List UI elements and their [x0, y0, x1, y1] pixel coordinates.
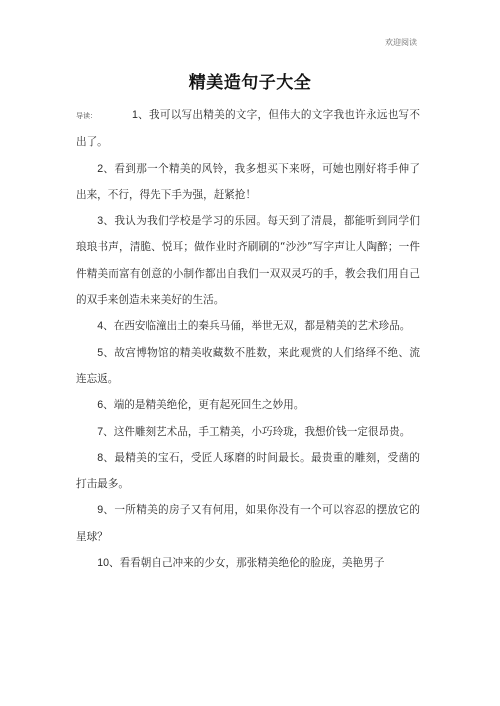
sentence-7: 7、这件雕刻艺术品，手工精美，小巧玲珑，我想价钱一定很昂贵。 — [76, 419, 420, 445]
sentence-1: 导读：1、我可以写出精美的文字，但伟大的文字我也许永远也写不出了。 — [76, 102, 420, 156]
sentence-5: 5、故宫博物馆的精美收藏数不胜数，来此观赏的人们络绎不绝、流连忘返。 — [76, 340, 420, 393]
sentence-6: 6、端的是精美绝伦，更有起死回生之妙用。 — [76, 392, 420, 418]
sentence-3: 3、我认为我们学校是学习的乐园。每天到了清晨，都能听到同学们琅琅书声，清脆、悦耳… — [76, 208, 420, 313]
page-title: 精美造句子大全 — [0, 68, 500, 93]
header-note: 欢迎阅读 — [385, 37, 417, 48]
document-body: 导读：1、我可以写出精美的文字，但伟大的文字我也许永远也写不出了。 2、看到那一… — [76, 102, 420, 576]
sentence-4: 4、在西安临潼出土的秦兵马俑，举世无双，都是精美的艺术珍品。 — [76, 313, 420, 339]
sentence-2: 2、看到那一个精美的风铃，我多想买下来呀，可她也刚好将手伸了出来，不行，得先下手… — [76, 156, 420, 209]
lead-label: 导读： — [76, 103, 132, 129]
sentence-9: 9、一所精美的房子又有何用，如果你没有一个可以容忍的摆放它的星球？ — [76, 497, 420, 550]
sentence-8: 8、最精美的宝石，受匠人琢磨的时间最长。最贵重的雕刻，受凿的打击最多。 — [76, 445, 420, 498]
sentence-10: 10、看看朝自己冲来的少女，那张精美绝伦的脸庞，美艳男子 — [76, 550, 420, 576]
